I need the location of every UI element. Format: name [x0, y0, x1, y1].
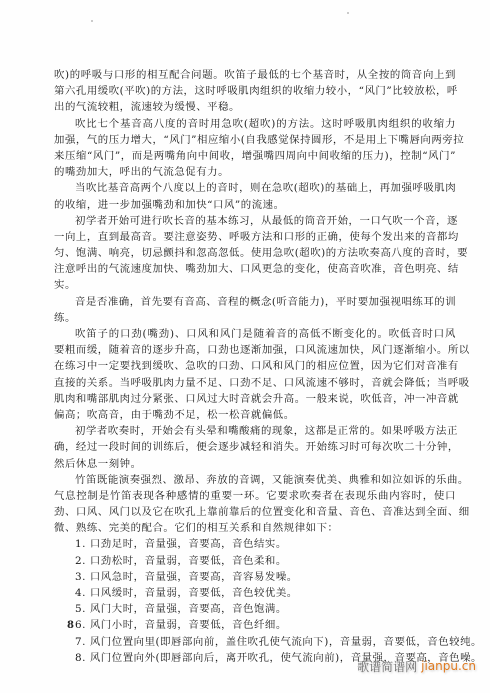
- text-line: 出的气流较粗，流速较为缓慢、平稳。: [54, 99, 456, 115]
- text-line: 竹笛既能演奏强烈、激昂、奔放的音调，又能演奏优美、典雅和如泣如诉的乐曲。: [54, 472, 456, 488]
- list-item: 1. 口劲足时，音量强，音要高，音色结实。: [75, 536, 456, 552]
- paragraph: 初学者吹奏时，开始会有头晕和嘴酸痛的现象，这都是正常的。如果呼吸方法正 确，经过…: [54, 423, 456, 472]
- scan-artifact: [91, 20, 93, 22]
- list-item: 4. 口风缓时，音量弱，音要低，音色较优美。: [75, 585, 456, 601]
- text-line: 匀、饱满、响亮，切忌颤抖和忽高忽低。使用急吹(超吹)的方法吹奏高八度的音时，要: [54, 245, 456, 261]
- text-line: 微、熟练、完美的配合。它们的相互关系和自然规律如下：: [54, 520, 456, 536]
- watermark-domain: jianpu.cn: [421, 659, 476, 673]
- text-line: 要粗而缓，随着音的逐步升高，口劲也逐渐加强，口风流速加快，风门逐渐缩小。所以: [54, 342, 456, 358]
- text-line: 吹笛子的口劲(嘴劲)、口风和风门是随着音的高低不断变化的。吹低音时口风: [54, 326, 456, 342]
- text-line: 偏高；吹高音，由于嘴劲不足，松一松音就偏低。: [54, 407, 456, 423]
- text-line: 当吹比基音高两个八度以上的音时，则在急吹(超吹)的基础上，再加强呼吸肌肉: [54, 180, 456, 196]
- scan-artifact: [347, 12, 349, 14]
- text-line: 初学者吹奏时，开始会有头晕和嘴酸痛的现象，这都是正常的。如果呼吸方法正: [54, 423, 456, 439]
- paragraph: 吹比七个基音高八度的音时用急吹(超吹)的方法。这时呼吸肌肉组织的收缩力 加强，气…: [54, 116, 456, 181]
- text-line: 第六孔用缓吹(平吹)的方法，这时呼吸肌肉组织的收缩力较小，“风门”比较放松，呼: [54, 83, 456, 99]
- text-line: 肌肉和嘴部肌肉过分紧张、口风过大时音就会升高。一般来说，吹低音，冲一冲音就: [54, 391, 456, 407]
- list-item: 7. 风门位置向里(即唇部向前，盖住吹孔使气流向下)，音量弱，音要低，音色较纯。: [75, 634, 456, 650]
- paragraph: 吹)的呼吸与口形的相互配合问题。吹笛子最低的七个基音时，从全按的筒音向上到 第六…: [54, 67, 456, 116]
- text-line: 的收缩，进一步加强嘴劲和加快“口风”的流速。: [54, 197, 456, 213]
- text-line: 注意呼出的气流速度加快、嘴劲加大、口风更急的变化，使高音吹准，音色明亮、结: [54, 261, 456, 277]
- text-line: 在练习中一定要找到缓吹、急吹的口劲、口风和风门的相应位置，因为它们对音准有: [54, 358, 456, 374]
- watermark-site-name: 歌谱简谱网: [357, 658, 417, 675]
- text-line: 的嘴劲加大，呼出的气流急促有力。: [54, 164, 456, 180]
- text-line: 直接的关系。当呼吸肌肉力量不足、口劲不足、口风流速不够时，音就会降低；当呼吸: [54, 375, 456, 391]
- text-line: 音是否准确，首先要有音高、音程的概念(听音能力)，平时要加强视唱练耳的训: [54, 294, 456, 310]
- list-item: 2. 口劲松时，音量弱，音要低，音色柔和。: [75, 553, 456, 569]
- watermark: 歌谱简谱网 jianpu.cn: [300, 653, 476, 679]
- paragraph: 音是否准确，首先要有音高、音程的概念(听音能力)，平时要加强视唱练耳的训 练。: [54, 294, 456, 326]
- body-text: 吹)的呼吸与口形的相互配合问题。吹笛子最低的七个基音时，从全按的筒音向上到 第六…: [54, 67, 456, 666]
- text-line: 练。: [54, 310, 456, 326]
- paragraph: 初学者开始可进行吹长音的基本练习，从最低的筒音开始，一口气吹一个音，逐 一向上，…: [54, 213, 456, 294]
- text-line: 然后休息一刻钟。: [54, 456, 456, 472]
- rules-list: 1. 口劲足时，音量强，音要高，音色结实。 2. 口劲松时，音量弱，音要低，音色…: [54, 536, 456, 666]
- text-line: 吹)的呼吸与口形的相互配合问题。吹笛子最低的七个基音时，从全按的筒音向上到: [54, 67, 456, 83]
- paragraph: 竹笛既能演奏强烈、激昂、奔放的音调，又能演奏优美、典雅和如泣如诉的乐曲。 气息控…: [54, 472, 456, 537]
- text-line: 加强，气的压力增大，“风门”相应缩小(自我感觉保持圆形，不是用上下嘴唇向两旁拉: [54, 132, 456, 148]
- text-line: 一向上，直到最高音。要注意姿势、呼吸方法和口形的正确，使每个发出来的音都均: [54, 229, 456, 245]
- paragraph: 当吹比基音高两个八度以上的音时，则在急吹(超吹)的基础上，再加强呼吸肌肉 的收缩…: [54, 180, 456, 212]
- text-line: 确，经过一段时间的训练后，便会逐步减轻和消失。开始练习时可每次吹二十分钟，: [54, 439, 456, 455]
- text-line: 气息控制是竹笛表现各种感情的重要一环。它要求吹奏者在表现乐曲内容时，使口: [54, 488, 456, 504]
- page-number: 8: [67, 620, 74, 631]
- text-line: 来压缩“风门”，而是两嘴角向中间收，增强嘴四周向中间收缩的压力)，控制“风门”: [54, 148, 456, 164]
- paragraph: 吹笛子的口劲(嘴劲)、口风和风门是随着音的高低不断变化的。吹低音时口风 要粗而缓…: [54, 326, 456, 423]
- list-item: 6. 风门小时，音量弱，音要低，音色纤细。: [75, 617, 456, 633]
- list-item: 5. 风门大时，音量强，音要高，音色饱满。: [75, 601, 456, 617]
- text-line: 初学者开始可进行吹长音的基本练习，从最低的筒音开始，一口气吹一个音，逐: [54, 213, 456, 229]
- document-page: 吹)的呼吸与口形的相互配合问题。吹笛子最低的七个基音时，从全按的筒音向上到 第六…: [0, 0, 490, 693]
- list-item: 3. 口风急时，音量强，音要高，音容易发噪。: [75, 569, 456, 585]
- text-line: 实。: [54, 277, 456, 293]
- text-line: 吹比七个基音高八度的音时用急吹(超吹)的方法。这时呼吸肌肉组织的收缩力: [54, 116, 456, 132]
- text-line: 劲、口风、风门以及它在吹孔上靠前靠后的位置变化和音量、音色、音准达到全面、细: [54, 504, 456, 520]
